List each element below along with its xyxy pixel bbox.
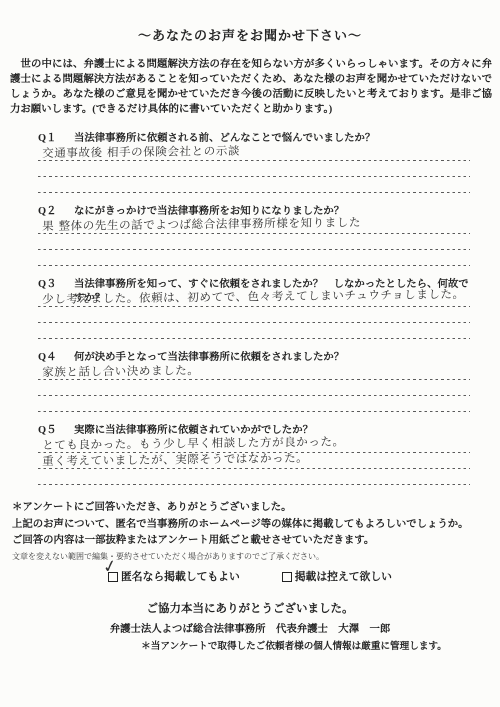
handwritten-answer: 交通事故後 相手の保険会社との示談 — [42, 143, 240, 161]
intro-paragraph: 世の中には、弁護士による問題解決方法の存在を知らない方が多くいらっしゃいます。そ… — [10, 57, 492, 117]
consent-section: ＊アンケートにご回答いただき、ありがとうございました。 上記のお声について、匿名… — [12, 500, 490, 585]
consent-options: ✓ 匿名なら掲載してもよい 掲載は控えて欲しい — [108, 569, 490, 586]
answer-line — [38, 381, 470, 397]
checkbox-anonymous-ok: ✓ 匿名なら掲載してもよい — [108, 569, 240, 586]
handwritten-answer: 果 整体の先生の話でよつば総合法律事務所様を知りました — [42, 214, 361, 234]
answer-line — [38, 162, 470, 178]
answer-line — [38, 470, 470, 486]
thanks-note: ＊アンケートにご回答いただき、ありがとうございました。 — [12, 500, 490, 517]
answer-line: 少し考えました。依頼は、初めてで、色々考えてしまいチュウチョしました。 — [38, 292, 470, 308]
answer-line — [38, 308, 470, 324]
question-list: Q１ 当法律事務所に依頼される前、どんなことで悩んでいましたか？ 交通事故後 相… — [38, 132, 470, 486]
handwritten-answer: 重く考えていましたが、実際そうではなかった。 — [42, 450, 309, 469]
handwritten-answer: 家族と話し合い決めました。 — [42, 362, 200, 380]
checkbox-decline: 掲載は控えて欲しい — [282, 569, 392, 586]
page-title: ～あなたのお声をお聞かせ下さい～ — [0, 25, 500, 44]
question-block-q5: Q５ 実際に当法律事務所に依頼されていかがでしたか？ とても良かった。もう少し早… — [38, 424, 470, 486]
checkbox-square-icon — [108, 572, 118, 582]
answer-line: 果 整体の先生の話でよつば総合法律事務所様を知りました — [38, 219, 470, 235]
question-block-q2: Q２ なにがきっかけで当法律事務所をお知りになりましたか？ 果 整体の先生の話で… — [38, 205, 470, 267]
checkbox-anonymous-label: 匿名なら掲載してもよい — [121, 569, 240, 586]
edit-note: 文章を変えない範囲で編集・要約させていただく場合がありますのでご了承ください。 — [12, 552, 490, 562]
answer-line — [38, 324, 470, 340]
question-block-q4: Q４ 何が決め手となって当法律事務所に依頼をされましたか？ 家族と話し合い決めま… — [38, 351, 470, 413]
answer-line — [38, 397, 470, 413]
privacy-note: ＊当アンケートで取得したご依頼者様の個人情報は厳重に管理します。 — [0, 638, 500, 652]
checkbox-decline-label: 掲載は控えて欲しい — [295, 569, 392, 586]
publication-ask-line1: 上記のお声について、匿名で当事務所のホームページ等の媒体に掲載してもよろしいでし… — [12, 517, 490, 534]
answer-line — [38, 251, 470, 267]
question-block-q1: Q１ 当法律事務所に依頼される前、どんなことで悩んでいましたか？ 交通事故後 相… — [38, 132, 470, 194]
question-block-q3: Q３ 当法律事務所を知って、すぐに依頼をされましたか？ しなかったとしたら、何故… — [38, 278, 470, 340]
publication-ask-line2: ご回答の内容は一部抜粋またはアンケート用紙ごと載せさせていただきます。 — [12, 533, 490, 550]
answer-line: 交通事故後 相手の保険会社との示談 — [38, 146, 470, 162]
questionnaire-page: ～あなたのお声をお聞かせ下さい～ 世の中には、弁護士による問題解決方法の存在を知… — [0, 0, 500, 707]
closing-thanks: ご協力本当にありがとうございました。 — [0, 600, 500, 616]
answer-line — [38, 235, 470, 251]
firm-signature: 弁護士法人よつば総合法律事務所 代表弁護士 大澤 一郎 — [0, 620, 500, 635]
checkbox-square-icon — [282, 572, 292, 582]
answer-line: 重く考えていましたが、実際そうではなかった。 — [38, 454, 470, 470]
answer-line — [38, 178, 470, 194]
answer-line: 家族と話し合い決めました。 — [38, 365, 470, 381]
